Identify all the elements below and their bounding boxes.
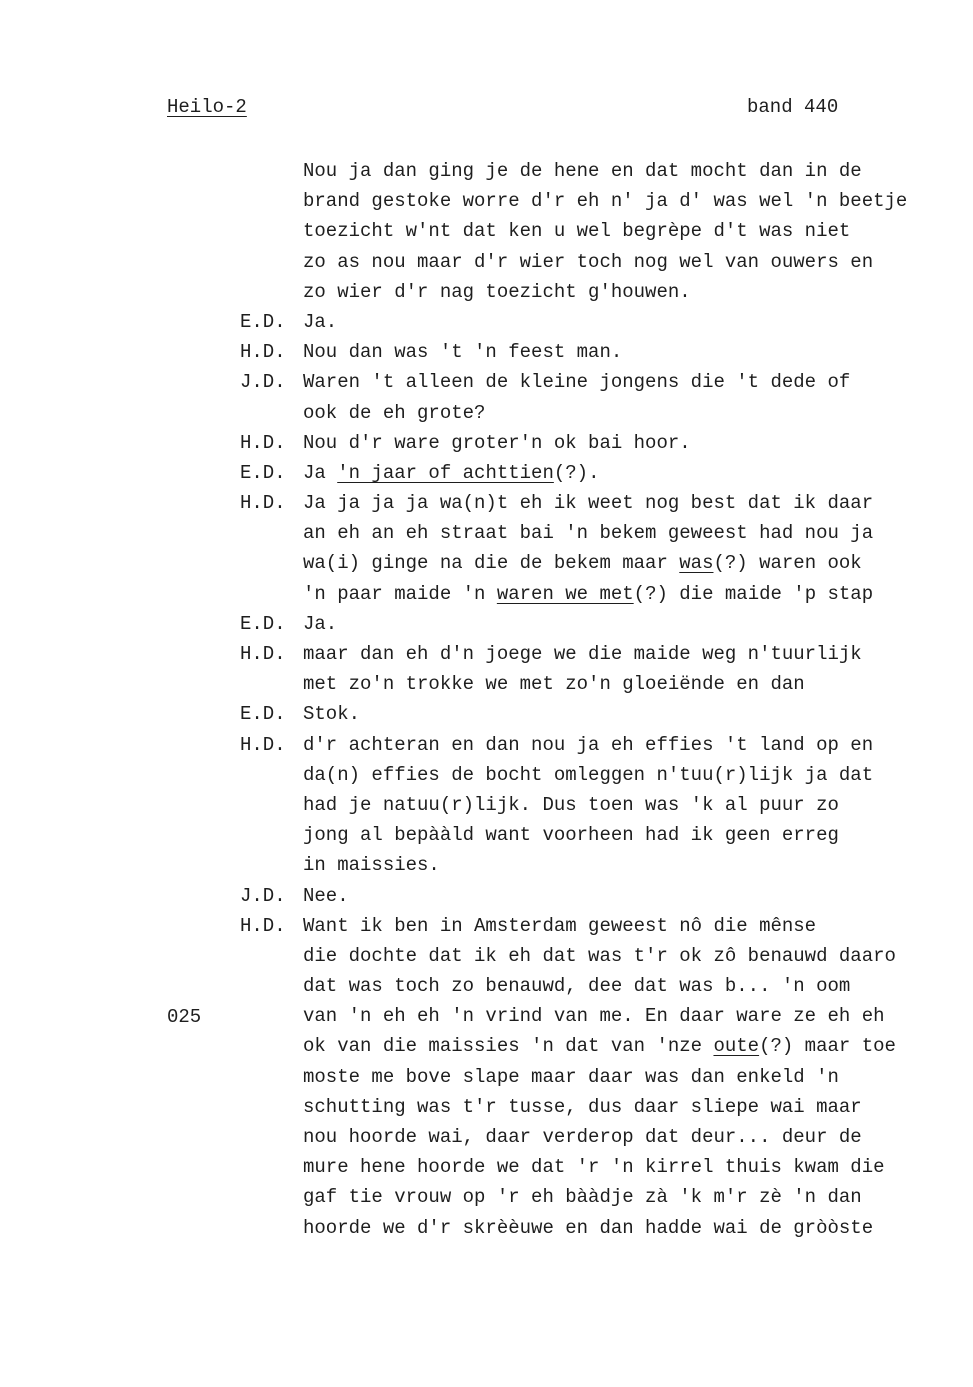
- transcript-line: Nou ja dan ging je de hene en dat mocht …: [240, 156, 970, 186]
- transcript-line: E.D.Ja.: [240, 307, 970, 337]
- utterance-text: mure hene hoorde we dat 'r 'n kirrel thu…: [303, 1152, 885, 1182]
- text-segment: Stok.: [303, 703, 360, 725]
- text-segment: zo wier d'r nag toezicht g'houwen.: [303, 281, 691, 303]
- utterance-text: Want ik ben in Amsterdam geweest nô die …: [303, 911, 816, 941]
- utterance-text: gaf tie vrouw op 'r eh bààdje zà 'k m'r …: [303, 1182, 862, 1212]
- text-segment: jong al bepààld want voorheen had ik gee…: [303, 824, 839, 846]
- utterance-text: Ja.: [303, 609, 337, 639]
- transcript-line: E.D.Ja 'n jaar of achttien(?).: [240, 458, 970, 488]
- transcript-line: H.D.maar dan eh d'n joege we die maide w…: [240, 639, 970, 669]
- utterance-text: d'r achteran en dan nou ja eh effies 't …: [303, 730, 873, 760]
- utterance-text: Nou ja dan ging je de hene en dat mocht …: [303, 156, 862, 186]
- text-segment: (?).: [554, 462, 600, 484]
- text-segment: ook de eh grote?: [303, 402, 485, 424]
- transcript-line: H.D.Nou dan was 't 'n feest man.: [240, 337, 970, 367]
- utterance-text: Ja.: [303, 307, 337, 337]
- text-segment: Ja: [303, 462, 337, 484]
- speaker-label: E.D.: [240, 699, 303, 729]
- text-segment: wa(i) ginge na die de bekem maar: [303, 552, 679, 574]
- text-segment: die dochte dat ik eh dat was t'r ok zô b…: [303, 945, 896, 967]
- text-segment: Waren 't alleen de kleine jongens die 't…: [303, 371, 850, 393]
- utterance-text: had je natuu(r)lijk. Dus toen was 'k al …: [303, 790, 839, 820]
- transcript-line: H.D.Nou d'r ware groter'n ok bai hoor.: [240, 428, 970, 458]
- utterance-text: die dochte dat ik eh dat was t'r ok zô b…: [303, 941, 896, 971]
- text-segment: mure hene hoorde we dat 'r 'n kirrel thu…: [303, 1156, 885, 1178]
- text-segment: had je natuu(r)lijk. Dus toen was 'k al …: [303, 794, 839, 816]
- speaker-label: H.D.: [240, 488, 303, 518]
- transcript-line: jong al bepààld want voorheen had ik gee…: [240, 820, 970, 850]
- text-segment: Ja.: [303, 613, 337, 635]
- utterance-text: zo wier d'r nag toezicht g'houwen.: [303, 277, 691, 307]
- utterance-text: dat was toch zo benauwd, dee dat was b..…: [303, 971, 850, 1001]
- uncertain-transcription: oute: [713, 1035, 759, 1057]
- speaker-label: H.D.: [240, 337, 303, 367]
- text-segment: maar dan eh d'n joege we die maide weg n…: [303, 643, 862, 665]
- transcript-line: gaf tie vrouw op 'r eh bààdje zà 'k m'r …: [240, 1182, 970, 1212]
- speaker-label: E.D.: [240, 458, 303, 488]
- transcript-line: brand gestoke worre d'r eh n' ja d' was …: [240, 186, 970, 216]
- text-segment: Nou dan was 't 'n feest man.: [303, 341, 622, 363]
- text-segment: in maissies.: [303, 854, 440, 876]
- utterance-text: Nee.: [303, 881, 349, 911]
- transcript-line: nou hoorde wai, daar verderop dat deur..…: [240, 1122, 970, 1152]
- utterance-text: da(n) effies de bocht omleggen n'tuu(r)l…: [303, 760, 873, 790]
- speaker-label: H.D.: [240, 730, 303, 760]
- text-segment: da(n) effies de bocht omleggen n'tuu(r)l…: [303, 764, 873, 786]
- text-segment: Want ik ben in Amsterdam geweest nô die …: [303, 915, 816, 937]
- uncertain-transcription: 'n jaar of achttien: [337, 462, 554, 484]
- text-segment: zo as nou maar d'r wier toch nog wel van…: [303, 251, 873, 273]
- utterance-text: hoorde we d'r skrèèuwe en dan hadde wai …: [303, 1213, 873, 1243]
- text-segment: met zo'n trokke we met zo'n gloeiënde en…: [303, 673, 805, 695]
- tape-number: band 440: [747, 96, 838, 118]
- utterance-text: wa(i) ginge na die de bekem maar was(?) …: [303, 548, 862, 578]
- transcript-line: moste me bove slape maar daar was dan en…: [240, 1062, 970, 1092]
- transcript-line: an eh an eh straat bai 'n bekem geweest …: [240, 518, 970, 548]
- transcript-line: J.D.Nee.: [240, 881, 970, 911]
- text-segment: (?) waren ook: [713, 552, 861, 574]
- transcript-line: had je natuu(r)lijk. Dus toen was 'k al …: [240, 790, 970, 820]
- text-segment: nou hoorde wai, daar verderop dat deur..…: [303, 1126, 862, 1148]
- utterance-text: Nou dan was 't 'n feest man.: [303, 337, 622, 367]
- utterance-text: Stok.: [303, 699, 360, 729]
- text-segment: Nee.: [303, 885, 349, 907]
- utterance-text: jong al bepààld want voorheen had ik gee…: [303, 820, 839, 850]
- utterance-text: Ja ja ja ja wa(n)t eh ik weet nog best d…: [303, 488, 873, 518]
- text-segment: van 'n eh eh 'n vrind van me. En daar wa…: [303, 1005, 885, 1027]
- transcript-line: in maissies.: [240, 850, 970, 880]
- utterance-text: 'n paar maide 'n waren we met(?) die mai…: [303, 579, 873, 609]
- utterance-text: Nou d'r ware groter'n ok bai hoor.: [303, 428, 691, 458]
- speaker-label: H.D.: [240, 639, 303, 669]
- transcript-line: zo as nou maar d'r wier toch nog wel van…: [240, 247, 970, 277]
- utterance-text: in maissies.: [303, 850, 440, 880]
- text-segment: brand gestoke worre d'r eh n' ja d' was …: [303, 190, 907, 212]
- text-segment: dat was toch zo benauwd, dee dat was b..…: [303, 975, 850, 997]
- speaker-label: E.D.: [240, 307, 303, 337]
- transcript-line: da(n) effies de bocht omleggen n'tuu(r)l…: [240, 760, 970, 790]
- utterance-text: brand gestoke worre d'r eh n' ja d' was …: [303, 186, 907, 216]
- transcript-line: H.D.d'r achteran en dan nou ja eh effies…: [240, 730, 970, 760]
- transcript-line: hoorde we d'r skrèèuwe en dan hadde wai …: [240, 1213, 970, 1243]
- utterance-text: van 'n eh eh 'n vrind van me. En daar wa…: [303, 1001, 885, 1031]
- transcript-line: zo wier d'r nag toezicht g'houwen.: [240, 277, 970, 307]
- utterance-text: zo as nou maar d'r wier toch nog wel van…: [303, 247, 873, 277]
- transcript-line: E.D.Stok.: [240, 699, 970, 729]
- transcript-line: die dochte dat ik eh dat was t'r ok zô b…: [240, 941, 970, 971]
- utterance-text: met zo'n trokke we met zo'n gloeiënde en…: [303, 669, 805, 699]
- document-page: Heilo-2 band 440 025 Nou ja dan ging je …: [0, 0, 973, 1387]
- speaker-label: J.D.: [240, 881, 303, 911]
- transcript-line: mure hene hoorde we dat 'r 'n kirrel thu…: [240, 1152, 970, 1182]
- transcript-line: van 'n eh eh 'n vrind van me. En daar wa…: [240, 1001, 970, 1031]
- transcript-line: dat was toch zo benauwd, dee dat was b..…: [240, 971, 970, 1001]
- utterance-text: Ja 'n jaar of achttien(?).: [303, 458, 599, 488]
- text-segment: d'r achteran en dan nou ja eh effies 't …: [303, 734, 873, 756]
- utterance-text: maar dan eh d'n joege we die maide weg n…: [303, 639, 862, 669]
- transcript-line: E.D.Ja.: [240, 609, 970, 639]
- speaker-label: E.D.: [240, 609, 303, 639]
- speaker-label: H.D.: [240, 911, 303, 941]
- text-segment: moste me bove slape maar daar was dan en…: [303, 1066, 839, 1088]
- text-segment: 'n paar maide 'n: [303, 583, 497, 605]
- text-segment: Ja ja ja ja wa(n)t eh ik weet nog best d…: [303, 492, 873, 514]
- text-segment: (?) maar toe: [759, 1035, 896, 1057]
- utterance-text: nou hoorde wai, daar verderop dat deur..…: [303, 1122, 862, 1152]
- text-segment: (?) die maide 'p stap: [634, 583, 873, 605]
- transcript-line: schutting was t'r tusse, dus daar sliepe…: [240, 1092, 970, 1122]
- text-segment: hoorde we d'r skrèèuwe en dan hadde wai …: [303, 1217, 873, 1239]
- text-segment: Ja.: [303, 311, 337, 333]
- text-segment: Nou d'r ware groter'n ok bai hoor.: [303, 432, 691, 454]
- utterance-text: ok van die maissies 'n dat van 'nze oute…: [303, 1031, 896, 1061]
- document-id: Heilo-2: [167, 96, 247, 118]
- transcript-line: toezicht w'nt dat ken u wel begrèpe d't …: [240, 216, 970, 246]
- text-segment: gaf tie vrouw op 'r eh bààdje zà 'k m'r …: [303, 1186, 862, 1208]
- text-segment: toezicht w'nt dat ken u wel begrèpe d't …: [303, 220, 850, 242]
- transcript-line: H.D.Ja ja ja ja wa(n)t eh ik weet nog be…: [240, 488, 970, 518]
- text-segment: ok van die maissies 'n dat van 'nze: [303, 1035, 713, 1057]
- transcript-line: 'n paar maide 'n waren we met(?) die mai…: [240, 579, 970, 609]
- uncertain-transcription: waren we met: [497, 583, 634, 605]
- utterance-text: ook de eh grote?: [303, 398, 485, 428]
- text-segment: schutting was t'r tusse, dus daar sliepe…: [303, 1096, 862, 1118]
- utterance-text: schutting was t'r tusse, dus daar sliepe…: [303, 1092, 862, 1122]
- transcript-line: J.D.Waren 't alleen de kleine jongens di…: [240, 367, 970, 397]
- utterance-text: Waren 't alleen de kleine jongens die 't…: [303, 367, 850, 397]
- transcript-line: ook de eh grote?: [240, 398, 970, 428]
- utterance-text: toezicht w'nt dat ken u wel begrèpe d't …: [303, 216, 850, 246]
- transcript-line: wa(i) ginge na die de bekem maar was(?) …: [240, 548, 970, 578]
- utterance-text: an eh an eh straat bai 'n bekem geweest …: [303, 518, 873, 548]
- utterance-text: moste me bove slape maar daar was dan en…: [303, 1062, 839, 1092]
- transcript-line: ok van die maissies 'n dat van 'nze oute…: [240, 1031, 970, 1061]
- text-segment: Nou ja dan ging je de hene en dat mocht …: [303, 160, 862, 182]
- speaker-label: H.D.: [240, 428, 303, 458]
- speaker-label: J.D.: [240, 367, 303, 397]
- uncertain-transcription: was: [679, 552, 713, 574]
- text-segment: an eh an eh straat bai 'n bekem geweest …: [303, 522, 873, 544]
- transcript-line: met zo'n trokke we met zo'n gloeiënde en…: [240, 669, 970, 699]
- margin-counter: 025: [167, 1002, 201, 1032]
- transcript-line: H.D.Want ik ben in Amsterdam geweest nô …: [240, 911, 970, 941]
- transcript-body: Nou ja dan ging je de hene en dat mocht …: [240, 156, 970, 1243]
